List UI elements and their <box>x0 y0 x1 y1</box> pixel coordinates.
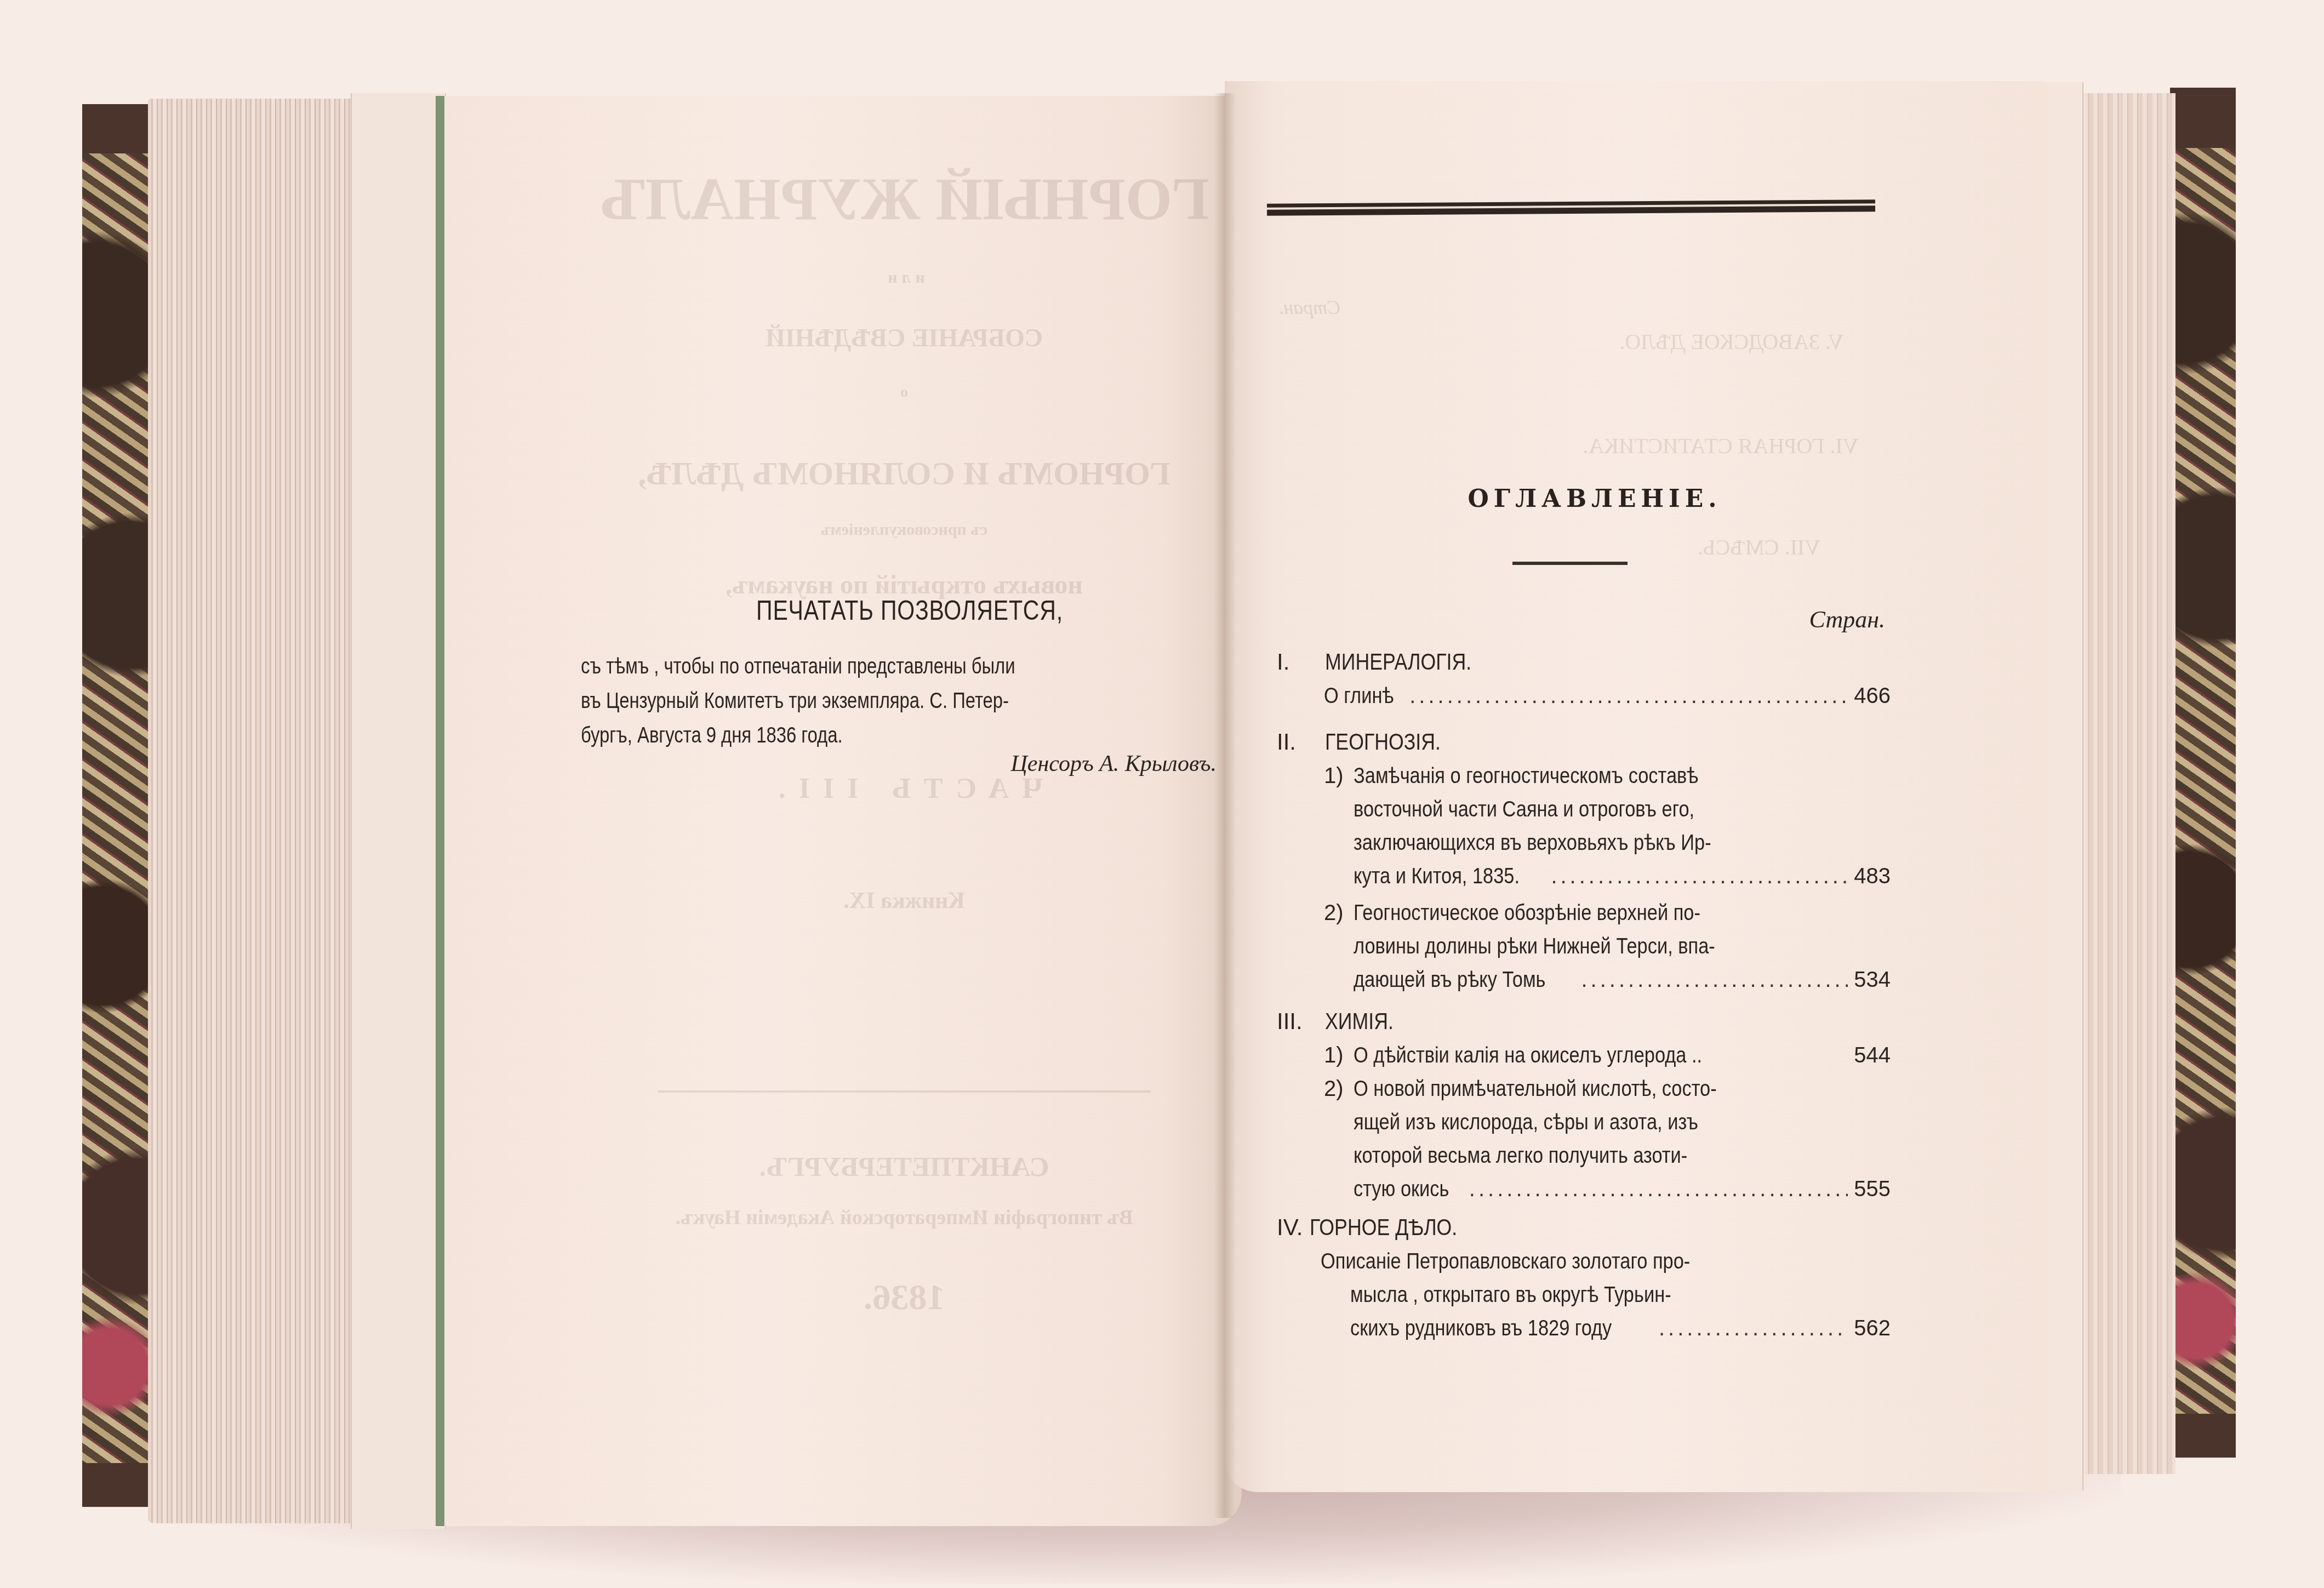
imprimatur-line: съ тѣмъ , чтобы по отпечатаніи представл… <box>581 649 1111 684</box>
show-through-line: САНКТПЕТЕРБУРГЪ. <box>581 1151 1227 1183</box>
toc-entry[interactable]: Описаніе Петропавловскаго золотаго про- … <box>1277 1245 1891 1345</box>
show-through-line: Въ типографіи Императорской Академіи Нау… <box>581 1206 1227 1230</box>
entry-text: ловины долины рѣки Нижней Терси, впа- <box>1354 930 1715 963</box>
entry-text: мысла , открытаго въ округѣ Турьин- <box>1350 1278 1671 1312</box>
imprimatur-line: въ Цензурный Комитетъ три экземпляра. С.… <box>581 684 1111 718</box>
show-through-line: о <box>581 384 1227 401</box>
title-rule <box>1512 562 1628 565</box>
page-number: 562 <box>1852 1312 1891 1345</box>
right-marbled-cover <box>2170 88 2236 1458</box>
toc-entry[interactable]: 1) О дѣйствіи калія на окиселъ углерода … <box>1277 1039 1891 1072</box>
entry-line: скихъ рудниковъ въ 1829 году ...........… <box>1321 1312 1891 1345</box>
imprimatur-text: съ тѣмъ , чтобы по отпечатаніи представл… <box>581 649 1227 753</box>
toc-title: ОГЛАВЛЕНІЕ. <box>1403 485 1786 513</box>
left-cover-corner <box>82 104 151 153</box>
entry-line: восточной части Саяна и отроговъ его, <box>1324 793 1891 826</box>
leader-dots <box>1763 1039 1848 1072</box>
entry-text: ящей изъ кислорода, сѣры и азота, изъ <box>1354 1106 1698 1139</box>
show-through-line: СОБРАНІЕ СВѢДѢНІЙ <box>581 323 1227 352</box>
entry-line: Замѣчанія о геогностическомъ составѣ <box>1324 759 1891 793</box>
entry-text: О дѣйствіи калія на окиселъ углерода .. <box>1354 1039 1702 1072</box>
leader-dots: ........................................… <box>1581 963 1848 997</box>
toc-section-geognosy[interactable]: II.ГЕОГНОЗІЯ. <box>1277 724 1891 759</box>
show-through-line: или <box>581 269 1227 287</box>
show-through-pages-label: Стран. <box>1255 296 1364 319</box>
entry-line: О глинѣ ................................… <box>1324 679 1891 713</box>
show-through-item: VI. ГОРНАЯ СТАТИСТИКА. <box>1567 433 1874 459</box>
leader-dots: ........................................… <box>1409 679 1848 713</box>
right-cover-corner <box>2170 88 2236 148</box>
show-through-line: ГОРНОМЪ И СОЛЯНОМЪ ДѢЛѢ, <box>581 455 1227 493</box>
censor-signature: Ценсоръ А. Крыловъ. <box>855 751 1217 777</box>
entry-text: скихъ рудниковъ въ 1829 году <box>1350 1312 1612 1345</box>
left-cover-corner-bottom <box>82 1463 151 1507</box>
show-through-rule <box>658 1090 1151 1093</box>
section-name: МИНЕРАЛОГІЯ. <box>1325 644 1471 679</box>
show-through-line: 1836. <box>581 1277 1227 1318</box>
entry-line: О новой примѣчательной кислотѣ, состо- <box>1324 1072 1891 1106</box>
entry-text: Геогностическое обозрѣніе верхней по- <box>1354 896 1700 930</box>
toc-entry[interactable]: 1) Замѣчанія о геогностическомъ составѣ … <box>1277 759 1891 893</box>
section-numeral: II. <box>1277 724 1325 759</box>
page-number: 483 <box>1852 860 1891 893</box>
page-number: 466 <box>1852 679 1891 713</box>
entry-marker: 1) <box>1324 1039 1344 1072</box>
toc-entry[interactable]: О глинѣ ................................… <box>1277 679 1891 713</box>
entry-text: О новой примѣчательной кислотѣ, состо- <box>1354 1072 1717 1106</box>
toc-entry[interactable]: 2) Геогностическое обозрѣніе верхней по-… <box>1277 896 1891 997</box>
section-numeral: IV. <box>1277 1209 1310 1245</box>
section-numeral: I. <box>1277 644 1325 679</box>
show-through-line: съ присовокупленіемъ <box>581 521 1227 539</box>
entry-text: дающей въ рѣку Томь <box>1354 963 1545 997</box>
entry-text: кута и Китоя, 1835. <box>1354 860 1520 893</box>
section-numeral: III. <box>1277 1003 1325 1039</box>
section-name: ГЕОГНОЗІЯ. <box>1325 724 1441 759</box>
entry-line: заключающихся въ верховьяхъ рѣкъ Ир- <box>1324 826 1891 860</box>
page-number: 534 <box>1852 963 1891 997</box>
entry-text: Описаніе Петропавловскаго золотаго про- <box>1321 1245 1690 1278</box>
show-through-title: ГОРНЫЙ ЖУРНАЛЪ <box>581 164 1227 234</box>
left-marbled-cover <box>82 104 151 1507</box>
show-through-line: ЧАСТЬ III. <box>581 773 1227 805</box>
page-number: 555 <box>1852 1173 1891 1206</box>
entry-line: мысла , открытаго въ округѣ Турьин- <box>1321 1278 1891 1312</box>
entry-line: дающей въ рѣку Томь ....................… <box>1324 963 1891 997</box>
toc-entry[interactable]: 2) О новой примѣчательной кислотѣ, состо… <box>1277 1072 1891 1206</box>
entry-text: заключающихся въ верховьяхъ рѣкъ Ир- <box>1354 826 1711 860</box>
entry-text: Замѣчанія о геогностическомъ составѣ <box>1354 759 1698 793</box>
entry-line: стую окись .............................… <box>1324 1173 1891 1206</box>
toc-section-mining[interactable]: IV.ГОРНОЕ ДѢЛО. <box>1277 1209 1891 1245</box>
imprimatur-line: бургъ, Августа 9 дня 1836 года. <box>581 718 1111 753</box>
entry-text: которой весьма легко получить азоти- <box>1354 1139 1687 1173</box>
imprimatur-heading: ПЕЧАТАТЬ ПОЗВОЛЯЕТСЯ, <box>654 595 1166 626</box>
table-of-contents: I.МИНЕРАЛОГІЯ. О глинѣ .................… <box>1277 644 1891 1345</box>
entry-line: Геогностическое обозрѣніе верхней по- <box>1324 896 1891 930</box>
toc-section-mineralogy[interactable]: I.МИНЕРАЛОГІЯ. <box>1277 644 1891 679</box>
section-name: ХИМІЯ. <box>1325 1003 1394 1039</box>
entry-text: восточной части Саяна и отроговъ его, <box>1354 793 1694 826</box>
leader-dots: ........................................… <box>1659 1312 1848 1345</box>
section-name: ГОРНОЕ ДѢЛО. <box>1310 1209 1457 1245</box>
entry-line: Описаніе Петропавловскаго золотаго про- <box>1321 1245 1891 1278</box>
entry-line: которой весьма легко получить азоти- <box>1324 1139 1891 1173</box>
right-cover-corner-bottom <box>2170 1414 2236 1458</box>
entry-line: кута и Китоя, 1835. ....................… <box>1324 860 1891 893</box>
entry-marker: 2) <box>1324 896 1344 930</box>
entry-text: О глинѣ <box>1324 679 1394 713</box>
leader-dots: ........................................… <box>1551 860 1848 893</box>
entry-line: О дѣйствіи калія на окиселъ углерода .. … <box>1324 1039 1891 1072</box>
right-flyleaf-edges <box>2044 82 2083 1490</box>
entry-line: ловины долины рѣки Нижней Терси, впа- <box>1324 930 1891 963</box>
show-through-line: Книжка IX. <box>581 888 1227 914</box>
leader-dots: ........................................… <box>1469 1173 1848 1206</box>
left-flyleaf-edges <box>351 93 446 1529</box>
page-number: 544 <box>1852 1039 1891 1072</box>
entry-marker: 2) <box>1324 1072 1344 1106</box>
entry-line: ящей изъ кислорода, сѣры и азота, изъ <box>1324 1106 1891 1139</box>
show-through-item: VII. СМѢСЬ. <box>1644 534 1874 560</box>
toc-section-chemistry[interactable]: III.ХИМІЯ. <box>1277 1003 1891 1039</box>
entry-text: стую окись <box>1354 1173 1449 1206</box>
pages-column-label: Стран. <box>1743 606 1885 633</box>
entry-marker: 1) <box>1324 759 1344 793</box>
book-gutter <box>1214 93 1236 1518</box>
show-through-item: V. ЗАВОДСКОЕ ДѢЛО. <box>1589 329 1874 355</box>
